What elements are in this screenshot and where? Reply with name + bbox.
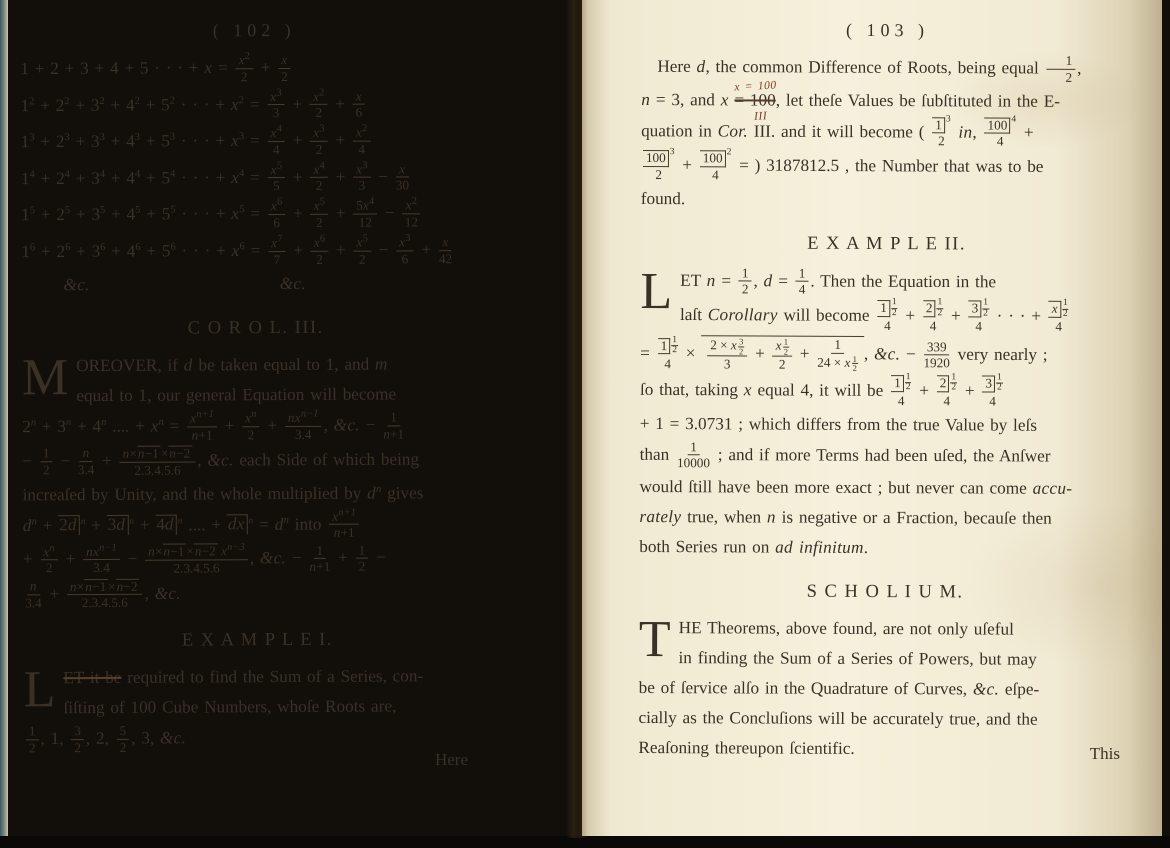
italic-text: Corollary (708, 305, 778, 324)
text-line: n = 3, and x x = 100= 100, let theſe Val… (641, 86, 1133, 116)
text-line: 14 + 24 + 34 + 44 + 54 · · · + x4 = x55 … (21, 161, 563, 195)
vinculum-group: n−1 (84, 579, 108, 595)
fraction: 1124 (877, 300, 897, 334)
exponent: 4 (170, 168, 175, 179)
book-spread: ( 102 ) 1 + 2 + 3 + 4 + 5 · · · + x = x2… (0, 0, 1170, 848)
text-line: ET it be required to find the Sum of a S… (24, 662, 566, 693)
exponent: 3 (135, 132, 140, 143)
italic-text: n (83, 445, 90, 460)
example1-paragraph: L ET it be required to find the Sum of a… (24, 662, 566, 756)
text-line: ſiſting of 100 Cube Numbers, whoſe Roots… (24, 692, 566, 723)
exponent: n (101, 417, 106, 428)
italic-text: &c. (207, 450, 233, 469)
fraction: 110000 (677, 440, 710, 472)
italic-text: d (764, 271, 773, 290)
exponent: 2 (64, 96, 69, 107)
italic-text: &c. (280, 274, 306, 293)
italic-text: &c. (63, 275, 89, 294)
italic-text: x (776, 338, 782, 353)
text-line: increaſed by Unity, and the whole multip… (23, 478, 565, 509)
fraction: xn+1n+1 (329, 509, 359, 541)
fraction: x44 (267, 126, 285, 158)
exponent: 4 (1011, 115, 1016, 125)
text-line: quation in Cor. IIIIII. and it will beco… (641, 116, 1133, 151)
text-line: ET n = 12, d = 14. Then the Equation in … (640, 266, 1132, 300)
fraction: x33 (267, 90, 285, 122)
fraction: 12 (356, 543, 369, 575)
text-line: 2n + 3n + 4n .... + xn = xn+1n+1 + xn2 +… (22, 410, 564, 444)
fraction: x22 (310, 89, 328, 121)
exponent-fraction: 12 (783, 338, 789, 356)
page-number-left: ( 102 ) (20, 19, 488, 42)
exponent: n+1 (196, 409, 214, 420)
italic-text: &c. (260, 548, 286, 567)
fraction: x2 (278, 53, 290, 85)
exponent-fraction: 12 (891, 298, 898, 318)
exponent: 5 (135, 205, 140, 216)
exponent: n (66, 418, 71, 429)
text-line: than 110000 ; and if more Terms had been… (640, 440, 1132, 474)
fraction: x42 (439, 235, 452, 267)
exponent: n (129, 516, 134, 526)
italic-text: &c. (334, 416, 360, 435)
italic-text: n (163, 544, 170, 559)
italic-text: d (165, 515, 174, 534)
handwritten-annotation: x = 100 (734, 71, 778, 101)
fraction: x6 (353, 89, 365, 121)
exponent: 6 (135, 242, 140, 253)
fraction: xn+1n+1 (187, 412, 217, 444)
exponent-fraction: 12 (982, 299, 989, 319)
exponent: n (251, 409, 256, 420)
exponent: 3 (170, 132, 175, 143)
exponent: 4 (369, 196, 374, 207)
text-line: in finding the Sum of a Series of Powers… (639, 644, 1131, 674)
scholium-paragraph: T HE Theorems, above found, are not only… (638, 614, 1131, 764)
vinculum-group: 3d (107, 515, 129, 535)
exponent: n−3 (227, 542, 245, 553)
catchword-right: This (1090, 744, 1120, 764)
italic-text: x (399, 161, 405, 176)
scholium-heading: S C H O L I U M. (639, 581, 1131, 604)
italic-text: n (767, 508, 776, 527)
text-line: 1 + 2 + 3 + 4 + 5 · · · + x = x22 + x2 (20, 52, 562, 86)
vinculum-group: n−2 (194, 543, 218, 559)
exponent: 5 (100, 205, 105, 216)
exponent: 3 (319, 124, 324, 135)
fraction: 12 (1047, 54, 1076, 86)
fraction: 3124 (968, 301, 988, 335)
text-line: laſt Corollary will become 1124 + 2124 +… (640, 299, 1132, 335)
text-line: 16 + 26 + 36 + 46 + 56 · · · + x6 = x77 … (21, 234, 563, 268)
fraction: x42 (310, 162, 328, 194)
exponent: 6 (320, 233, 325, 244)
text-line: equal to 1, our general Equation will be… (22, 380, 564, 411)
fraction: xn2 (242, 412, 260, 444)
text-line: Reaſoning thereupon ſcientific. (638, 734, 1130, 764)
page-103-content: ( 103 ) Here d, the common Difference of… (582, 0, 1162, 764)
fraction: x24 (353, 126, 371, 158)
text-line: HE Theorems, above found, are not only u… (639, 614, 1131, 644)
exponent: n (376, 483, 381, 494)
exponent: 2 (362, 123, 367, 134)
exponent-fraction: 12 (950, 373, 957, 393)
exponent: 5 (277, 160, 282, 171)
italic-text: n (195, 544, 202, 559)
italic-text: n (123, 446, 130, 461)
italic-text: ad infinitum (775, 538, 864, 557)
exponent: 2 (135, 95, 140, 106)
italic-text: in (958, 122, 972, 141)
italic-text: dx (228, 514, 245, 533)
exponent: 4 (277, 124, 282, 135)
fraction: xn2 (40, 545, 58, 577)
text-line: found. (641, 185, 1133, 215)
exponent: 7 (277, 233, 282, 244)
fraction: 3124 (982, 375, 1002, 409)
exponent: 3 (100, 132, 105, 143)
exponent: 3 (276, 87, 281, 98)
italic-text: d (184, 356, 193, 375)
text-line: both Series run on ad infinitum. (639, 533, 1131, 563)
exponent: 6 (170, 241, 175, 252)
fraction: n×n−1×n−22.3.4.5.6 (67, 578, 143, 611)
fraction: 1124 (891, 375, 911, 409)
exponent-fraction: 12 (852, 355, 858, 373)
fraction: x66 (268, 199, 286, 231)
italic-text: x (731, 337, 737, 352)
page-number-right: ( 103 ) (641, 19, 1133, 42)
fraction: x30 (396, 162, 409, 194)
exponent: 2 (239, 95, 244, 106)
italic-text: x (442, 234, 448, 249)
italic-text: n (192, 428, 199, 443)
italic-text: n (169, 446, 176, 461)
text-line: Here d, the common Difference of Roots, … (641, 52, 1133, 86)
fraction: nxn−13.4 (285, 411, 322, 443)
exponent: 5 (363, 233, 368, 244)
exponent: 6 (65, 242, 70, 253)
vinculum-group: 4d (155, 515, 177, 535)
italic-text: &c. (160, 728, 186, 747)
example1-text: ET it be required to find the Sum of a S… (24, 662, 566, 756)
fraction: 14 (796, 266, 809, 298)
exponent: 6 (100, 242, 105, 253)
exponent: 2 (170, 95, 175, 106)
vinculum-group: dx (227, 514, 248, 534)
italic-text: x (721, 90, 729, 109)
exponent: 5 (65, 205, 70, 216)
vinculum-group: n−2 (116, 578, 140, 594)
exponent: 5 (239, 204, 244, 215)
example1-solution-paragraph: Here d, the common Difference of Roots, … (641, 52, 1134, 215)
example1-heading: E X A M P L E I. (23, 629, 491, 652)
italic-text: nx (288, 410, 301, 425)
italic-text: &c. (973, 680, 999, 699)
exponent: 3 (29, 132, 34, 143)
book-gutter (566, 0, 588, 838)
fraction: 1n+1 (383, 411, 404, 443)
corol-text: OREOVER, if d be taken equal to 1, and m… (22, 350, 565, 612)
exponent: n−1 (301, 409, 319, 420)
italic-text: rately (639, 507, 681, 526)
italic-text: n (334, 525, 341, 540)
fraction: x52 (353, 235, 371, 267)
exponent: 4 (65, 169, 70, 180)
fraction: 132 (932, 117, 950, 150)
text-line: ſo that, taking x equal 4, it will be 11… (640, 374, 1132, 410)
example1-solution-text: Here d, the common Difference of Roots, … (641, 52, 1134, 215)
italic-text: d (23, 516, 32, 535)
example2-paragraph: L ET n = 12, d = 14. Then the Equation i… (639, 266, 1132, 564)
fraction: x212 (403, 199, 421, 231)
text-line: would ſtill have been more exact ; but n… (639, 473, 1131, 503)
italic-text: n (707, 271, 716, 290)
fraction: x62 (311, 236, 329, 268)
fraction: 1n+1 (309, 543, 330, 575)
overlined-group: 2 × x323 + x122 + 124 × x12 (701, 335, 864, 372)
fraction: x122 (773, 338, 793, 373)
fraction: nxn−13.4 (83, 544, 120, 576)
text-line: 13 + 23 + 33 + 43 + 53 · · · + x3 = x44 … (21, 125, 563, 159)
text-line: 10032 + 10024 = ) 3187812.5 , the Number… (641, 150, 1133, 185)
exponent-fraction: 32 (738, 337, 744, 355)
fraction: 3391920 (923, 340, 950, 372)
fraction: n3.4 (78, 446, 95, 478)
exponent: n (284, 515, 289, 526)
corol-paragraph: M OREOVER, if d be taken equal to 1, and… (22, 350, 565, 612)
fraction: 10024 (700, 150, 732, 183)
fraction: 2124 (937, 375, 957, 409)
handwritten-annotation: III (753, 102, 767, 131)
exponent: n (81, 517, 86, 527)
exponent: 2 (245, 51, 250, 62)
example2-text: ET n = 12, d = 14. Then the Equation in … (639, 266, 1132, 564)
italic-text: n (70, 579, 77, 594)
italic-text: x (356, 88, 362, 103)
page-102-content: ( 102 ) 1 + 2 + 3 + 4 + 5 · · · + x = x2… (8, 0, 574, 756)
text-line: OREOVER, if d be taken equal to 1, and m (22, 350, 564, 381)
italic-text: d (116, 515, 125, 534)
exponent: 2 (99, 96, 104, 107)
power-series-equations: 1 + 2 + 3 + 4 + 5 · · · + x = x22 + x212… (20, 52, 563, 269)
italic-text: accu- (1033, 479, 1073, 498)
exponent: 3 (239, 131, 244, 142)
vinculum-group: n−2 (168, 445, 192, 461)
exponent-fraction: 12 (671, 336, 678, 356)
fraction: 52 (117, 724, 130, 756)
text-line: = 1124 × 2 × x323 + x122 + 124 × x12, &c… (640, 335, 1132, 374)
italic-text: n (309, 559, 316, 574)
italic-text: &c. (874, 344, 900, 363)
exponent: 4 (100, 169, 105, 180)
italic-text: d (697, 57, 706, 76)
text-line: be of ſervice alſo in the Quadrature of … (639, 674, 1131, 704)
text-line: dn + 2dn + 3dn + 4dn .... + dxn = dn int… (23, 508, 565, 542)
exponent: 5 (170, 205, 175, 216)
fraction: 12 (739, 266, 752, 298)
italic-text: d (68, 515, 77, 534)
page-103: ( 103 ) Here d, the common Difference of… (582, 0, 1162, 836)
italic-text: x (204, 58, 212, 77)
fraction: x55 (268, 163, 286, 195)
exponent: 6 (277, 197, 282, 208)
italic-text: n (641, 90, 650, 109)
exponent: 3 (670, 148, 675, 158)
exponent: n (159, 417, 164, 428)
book-left-edge (0, 0, 8, 838)
exponent: n (249, 516, 254, 526)
fraction: 2 × x323 (707, 337, 747, 372)
italic-text: nx (86, 544, 99, 559)
fraction: 124 × x12 (817, 338, 858, 373)
italic-text: x (1052, 301, 1058, 316)
exponent: n (178, 516, 183, 526)
italic-text: m (375, 355, 388, 374)
italic-text: x (281, 52, 287, 67)
exponent: 4 (239, 168, 244, 179)
italic-text: &c. (155, 583, 181, 602)
fraction: 1124 (658, 338, 678, 372)
exponent: 3 (64, 132, 69, 143)
exponent: 3 (946, 115, 951, 125)
exponent: 2 (29, 96, 34, 107)
italic-text: n (148, 544, 155, 559)
page-102: ( 102 ) 1 + 2 + 3 + 4 + 5 · · · + x = x2… (8, 0, 574, 836)
exponent: 6 (239, 241, 244, 252)
fraction: 12 (26, 725, 39, 757)
fraction: x32 (310, 126, 328, 158)
text-line: cially as the Concluſions will be accura… (638, 704, 1130, 734)
text-line: + xn2 + nxn−13.4 − n×n−1×n−2 xn−32.3.4.5… (23, 542, 565, 577)
italic-text: d (275, 514, 284, 533)
exponent-fraction: 12 (996, 373, 1003, 393)
fraction: x124 (1049, 301, 1069, 335)
italic-text: n (138, 446, 145, 461)
vinculum-group: n−1 (162, 544, 186, 560)
text-line: + 1 = 3.0731 ; which differs from the tr… (640, 410, 1132, 440)
exponent: n (31, 418, 36, 429)
fraction: 10044 (984, 117, 1016, 150)
text-line: 15 + 25 + 35 + 45 + 55 · · · + x5 = x66 … (21, 198, 563, 232)
etc-row: &c.&c. (21, 269, 563, 300)
fraction: x22 (236, 53, 254, 85)
exponent: 5 (30, 206, 35, 217)
italic-text: x (844, 355, 850, 370)
exponent: n+1 (338, 507, 356, 518)
scholium-text: HE Theorems, above found, are not only u… (638, 614, 1131, 764)
exponent: 2 (319, 87, 324, 98)
fraction: 5x412 (353, 199, 377, 231)
italic-text: n (383, 427, 390, 442)
exponent-fraction: 12 (905, 373, 912, 393)
exponent: 4 (135, 168, 140, 179)
text-line: 12 + 22 + 32 + 42 + 52 · · · + x2 = x33 … (20, 88, 562, 122)
fraction: n×n−1×n−22.3.4.5.6 (120, 445, 196, 478)
fraction: n×n−1×n−2 xn−32.3.4.5.6 (145, 543, 248, 576)
exponent: n (32, 516, 37, 527)
italic-text: n (117, 579, 124, 594)
exponent: 6 (30, 242, 35, 253)
fraction: x52 (311, 199, 329, 231)
fraction: 12 (40, 447, 53, 479)
exponent-fraction: 12 (936, 299, 943, 319)
fraction: x36 (396, 235, 414, 267)
fraction: x33 (353, 162, 371, 194)
italic-text: Cor. (718, 121, 748, 140)
exponent-fraction: 12 (1062, 299, 1069, 319)
exponent: 3 (405, 233, 410, 244)
exponent: 3 (362, 160, 367, 171)
vinculum-group: 2d (58, 515, 80, 535)
text-line: 12, 1, 32, 2, 52, 3, &c. (24, 722, 566, 756)
exponent: 2 (727, 148, 732, 158)
vinculum-group: n−1 (137, 446, 161, 462)
italic-text: n (85, 579, 92, 594)
fraction: 32 (71, 724, 84, 756)
example2-heading: E X A M P L E II. (641, 233, 1133, 256)
italic-text: x (744, 380, 752, 399)
struck-text: ET it be (63, 668, 121, 687)
text-line: rately true, when n is negative or a Fra… (639, 503, 1131, 533)
text-line: n3.4 + n×n−1×n−22.3.4.5.6, &c. (23, 576, 565, 611)
fraction: 10032 (643, 150, 675, 183)
fraction: x77 (268, 236, 286, 268)
text-line: − 12 − n3.4 + n×n−1×n−22.3.4.5.6, &c. ea… (22, 444, 564, 479)
corol-heading: C O R O L. III. (22, 317, 490, 340)
exponent: 4 (319, 160, 324, 171)
exponent: 2 (412, 196, 417, 207)
exponent: 4 (29, 169, 34, 180)
catchword-left: Here (435, 750, 468, 770)
exponent: n−1 (99, 542, 117, 553)
fraction: 2124 (923, 300, 943, 334)
fraction: n3.4 (25, 579, 42, 611)
spacer (90, 289, 280, 290)
exponent: 5 (320, 197, 325, 208)
exponent: n (50, 542, 55, 553)
italic-text: n (30, 578, 37, 593)
